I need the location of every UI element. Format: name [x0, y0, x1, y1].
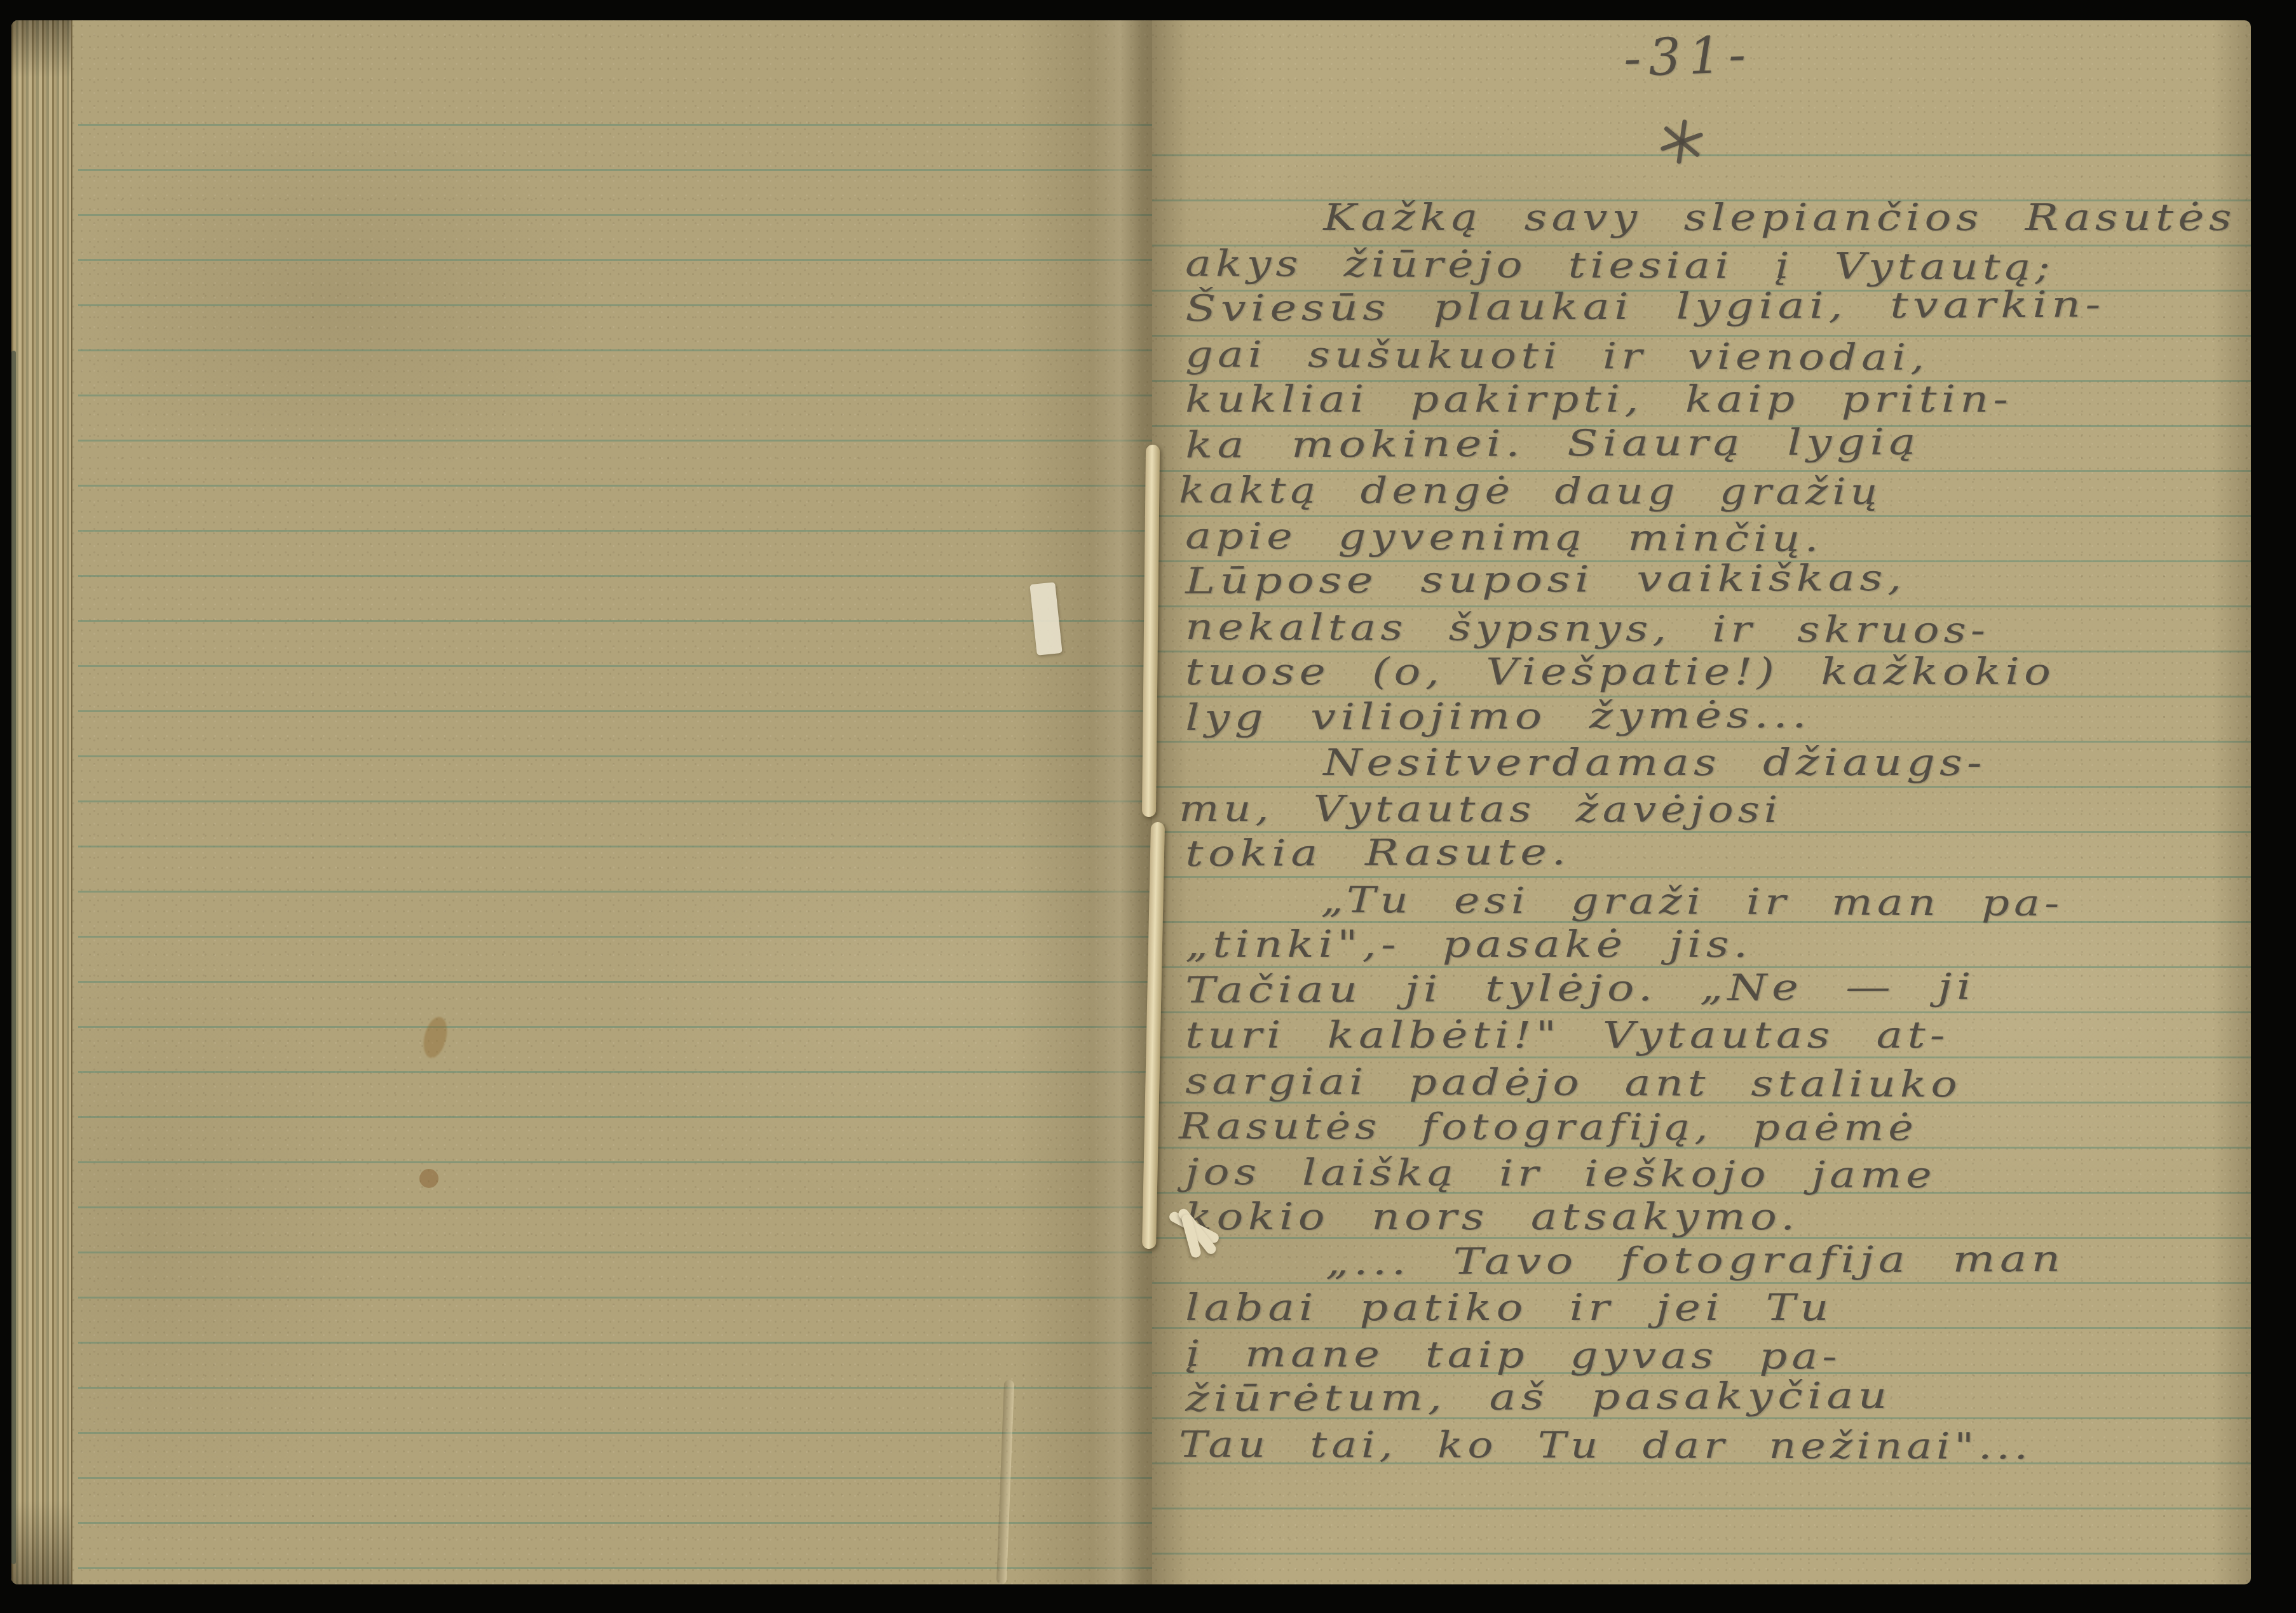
handwritten-line: Šviesūs plaukai lygiai, tvarkin-	[1185, 281, 2251, 332]
handwritten-line: Kažką savy slepiančios Rasutės	[1185, 196, 2251, 241]
scan-background: { "scan": { "document_type": "Scanned sp…	[0, 0, 2296, 1613]
ruled-lines	[78, 81, 1152, 1584]
handwritten-line: lyg viliojimo žymės...	[1185, 689, 2251, 741]
right-page: -31- Kažką savy slepiančios Rasutėsakys …	[1152, 20, 2251, 1584]
paper-stain	[420, 1015, 451, 1060]
handwritten-line: ka mokinei. Siaurą lygią	[1185, 417, 2251, 468]
handwritten-line: Lūpose suposi vaikiškas,	[1185, 553, 2251, 605]
paper-grain	[11, 20, 1152, 1584]
handwritten-line: Rasutės fotografiją, paėmė	[1179, 1104, 2251, 1152]
paper-stain	[419, 1169, 438, 1188]
section-separator-asterisk	[1657, 117, 1705, 167]
handwritten-line: tuose (o, Viešpatie!) kažkokio	[1185, 650, 2251, 696]
handwritten-line: sargiai padėjo ant staliuko	[1185, 1059, 2251, 1110]
binding-thread-frayed-end	[1160, 1210, 1237, 1299]
paper-mottle	[11, 20, 1152, 1584]
page-number: -31-	[1622, 24, 1754, 88]
handwritten-line: nekaltas šypsnys, ir skruos-	[1185, 605, 2251, 656]
handwritten-line: Nesitverdamas džiaugs-	[1185, 741, 2251, 786]
handwritten-line: Tačiau ji tylėjo. „Ne — ji	[1185, 962, 2251, 1013]
notebook-spread: -31- Kažką savy slepiančios Rasutėsakys …	[11, 20, 2251, 1584]
handwritten-line: kokio nors atsakymo.	[1185, 1195, 2251, 1241]
cover-edge	[11, 351, 16, 1564]
handwritten-line: gai sušukuoti ir vienodai,	[1185, 332, 2251, 383]
left-page	[11, 20, 1152, 1584]
handwritten-line: jos laišką ir ieškojo jame	[1185, 1150, 2251, 1201]
handwritten-line: kaktą dengė daug gražių	[1179, 468, 2251, 516]
handwritten-line: labai patiko ir jei Tu	[1185, 1286, 2251, 1332]
handwritten-line: žiūrėtum, aš pasakyčiau	[1185, 1371, 2251, 1422]
handwritten-line: „tinki",- pasakė jis.	[1185, 922, 2251, 968]
handwritten-line: turi kalbėti!" Vytautas at-	[1185, 1013, 2251, 1059]
handwritten-line: „Tu esi graži ir man pa-	[1185, 877, 2251, 928]
page-edge-stack	[11, 20, 72, 1584]
handwritten-line: Tau tai, ko Tu dar nežinai"...	[1179, 1422, 2251, 1471]
handwritten-text-block: Kažką savy slepiančios Rasutėsakys žiūrė…	[1185, 196, 2227, 1468]
handwritten-line: tokia Rasute.	[1185, 826, 2251, 877]
handwritten-line: „... Tavo fotografija man	[1185, 1234, 2251, 1286]
handwritten-line: kukliai pakirpti, kaip pritin-	[1185, 377, 2251, 423]
